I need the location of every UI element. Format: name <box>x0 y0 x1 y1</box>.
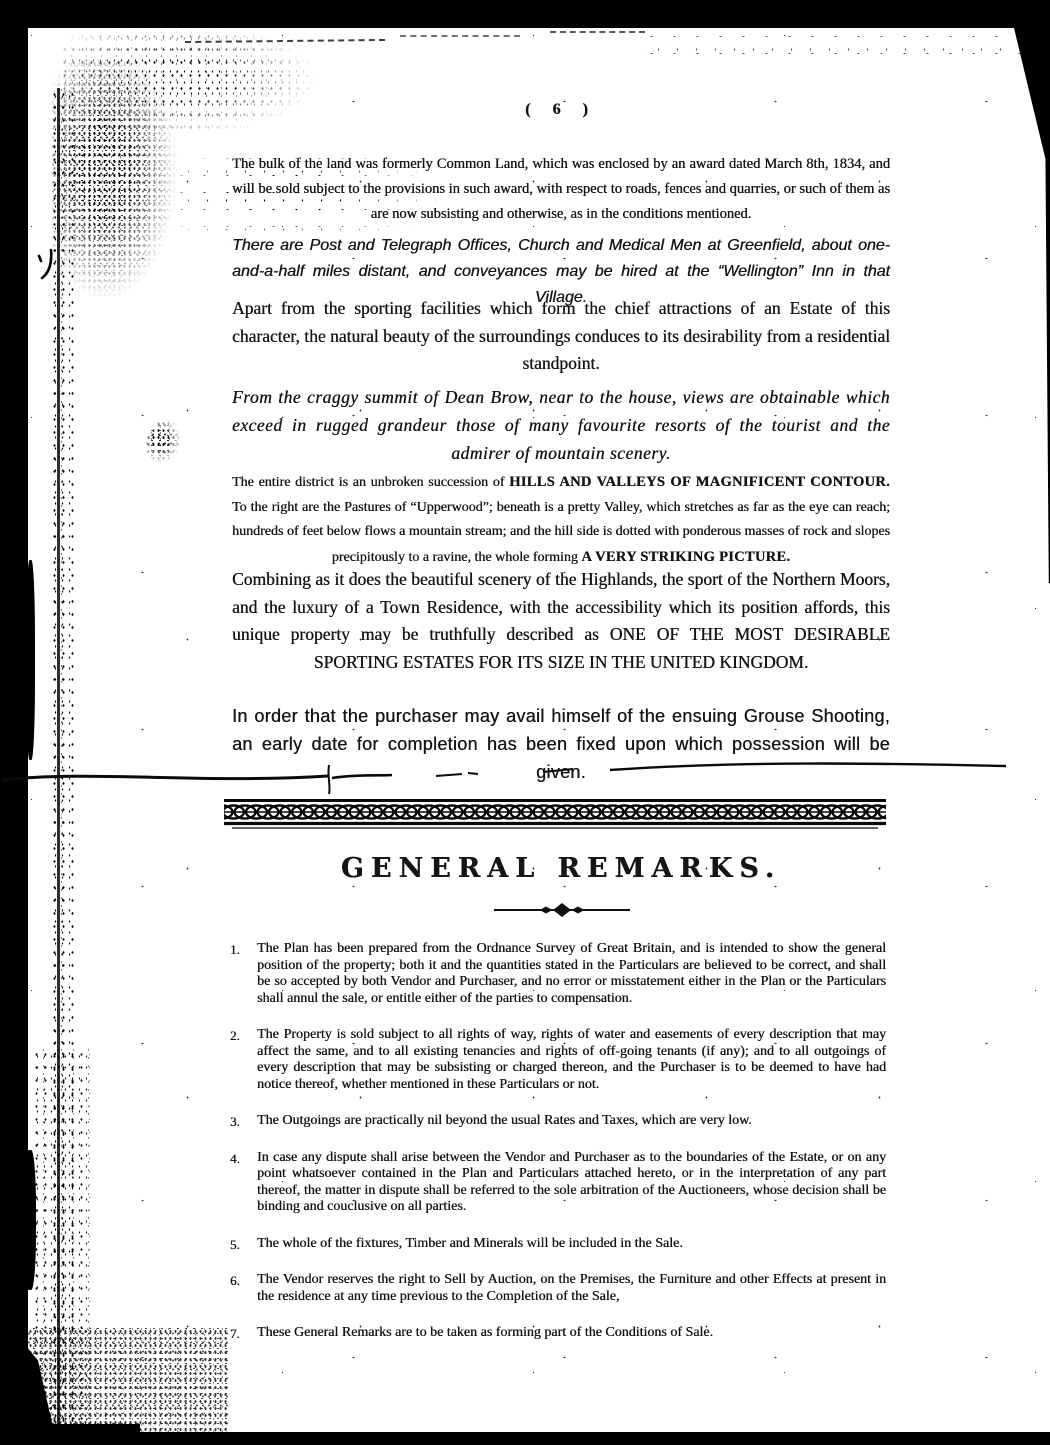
remark-number: 7. <box>230 1326 240 1342</box>
heading-divider-ornament <box>494 903 630 917</box>
remark-number: 6. <box>230 1273 240 1289</box>
remark-number: 1. <box>230 942 240 958</box>
chain-border-ornament <box>222 797 888 829</box>
scan-ink-blot <box>146 420 188 472</box>
remark-text: The Vendor reserves the right to Sell by… <box>257 1272 886 1305</box>
scan-dash-artifact <box>550 31 645 33</box>
remark-item-2: 2. The Property is sold subject to all r… <box>230 1027 886 1093</box>
remark-text: The Outgoings are practically nil beyond… <box>257 1113 886 1130</box>
remark-text: In case any dispute shall arise between … <box>257 1150 886 1216</box>
remark-item-4: 4. In case any dispute shall arise betwe… <box>230 1150 886 1216</box>
scan-pen-mark <box>36 248 56 282</box>
remark-number: 2. <box>230 1028 240 1044</box>
remark-number: 3. <box>230 1114 240 1130</box>
paragraph-district: The entire district is an unbroken succe… <box>232 470 890 570</box>
scan-noise-under-top-bar <box>640 28 1050 58</box>
remark-item-7: 7. These General Remarks are to be taken… <box>230 1325 886 1342</box>
paragraph-dean-brow: From the craggy summit of Dean Brow, nea… <box>232 383 890 467</box>
remark-number: 5. <box>230 1237 240 1253</box>
paragraph-common-land: The bulk of the land was formerly Common… <box>232 152 890 227</box>
remark-item-5: 5. The whole of the fixtures, Timber and… <box>230 1236 886 1253</box>
remark-text: The Property is sold subject to all righ… <box>257 1027 886 1093</box>
scanned-document-page: { "colors": { "paper": "#ffffff", "ink":… <box>0 0 1050 1445</box>
general-remarks-list: 1. The Plan has been prepared from the O… <box>230 941 886 1362</box>
remark-item-3: 3. The Outgoings are practically nil bey… <box>230 1113 886 1130</box>
paragraph-district-emphasis: A VERY STRIKING PICTURE. <box>581 549 790 565</box>
remark-text: The Plan has been prepared from the Ordn… <box>257 941 886 1007</box>
remark-item-1: 1. The Plan has been prepared from the O… <box>230 941 886 1007</box>
remark-number: 4. <box>230 1151 240 1167</box>
section-title: GENERAL REMARKS. <box>232 853 890 884</box>
remark-item-6: 6. The Vendor reserves the right to Sell… <box>230 1272 886 1305</box>
page-number: ( 6 ) <box>232 101 890 119</box>
remark-text: These General Remarks are to be taken as… <box>257 1325 886 1342</box>
scan-dash-artifact <box>400 35 520 37</box>
paragraph-sporting-facilities: Apart from the sporting facilities which… <box>232 295 890 378</box>
paragraph-district-text: The entire district is an unbroken succe… <box>232 475 509 490</box>
paragraph-district-emphasis: HILLS AND VALLEYS OF MAGNIFICENT CONTOUR… <box>509 474 890 490</box>
remark-text: The whole of the fixtures, Timber and Mi… <box>257 1236 886 1253</box>
paragraph-combining: Combining as it does the beautiful scene… <box>232 566 890 676</box>
paragraph-district-text: To the right are the Pastures of “Upperw… <box>232 500 890 565</box>
paragraph-grouse-shooting: In order that the purchaser may avail hi… <box>232 702 890 786</box>
